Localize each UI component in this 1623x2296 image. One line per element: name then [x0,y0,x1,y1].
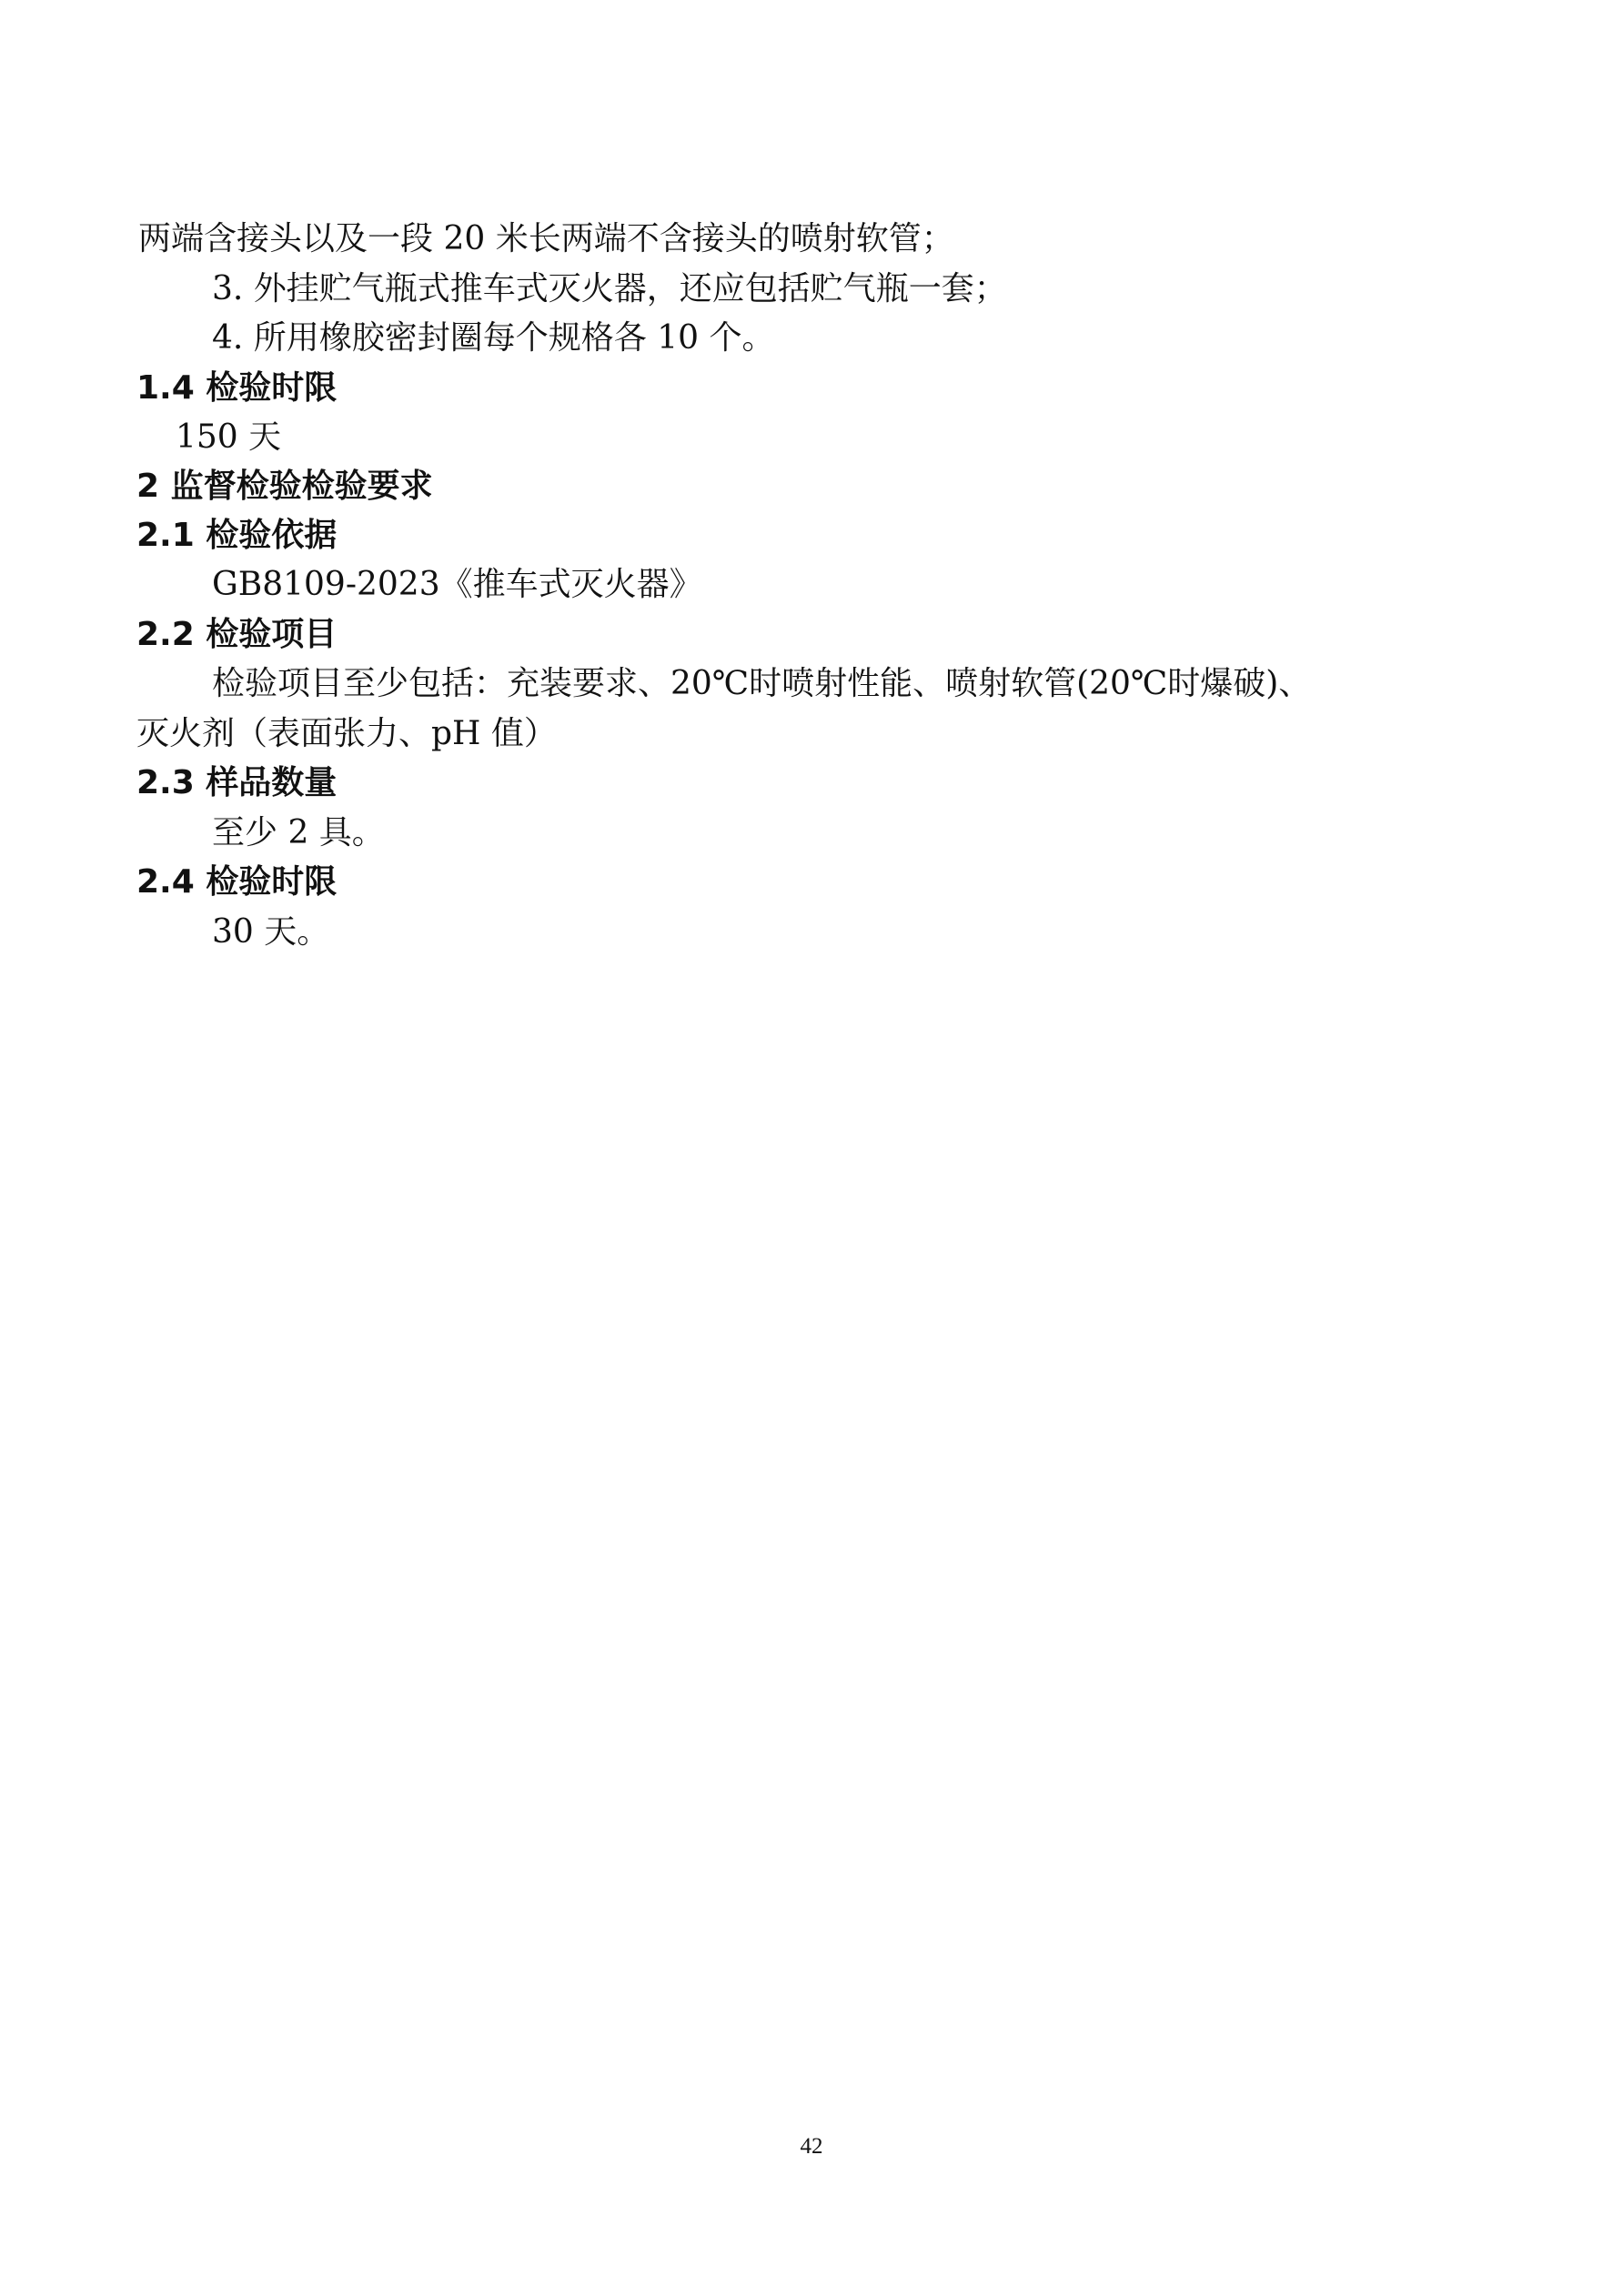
body-line-item-4: 4. 所用橡胶密封圈每个规格各 10 个。 [212,314,775,363]
section-heading-2-3: 2.3 样品数量 [136,759,337,808]
section-heading-2-4: 2.4 检验时限 [136,858,337,907]
section-content-2-3: 至少 2 具。 [212,809,385,858]
section-heading-2-1: 2.1 检验依据 [136,511,337,560]
section-content-2-2-line2: 灭火剂（表面张力、pH 值） [136,710,557,759]
body-line-item-3: 3. 外挂贮气瓶式推车式灭火器，还应包括贮气瓶一套； [212,265,1007,314]
section-content-1-4: 150 天 [176,413,281,462]
body-line-hose-continuation: 两端含接头以及一段 20 米长两端不含接头的喷射软管； [138,215,954,264]
section-content-2-2-line1: 检验项目至少包括：充装要求、20℃时喷射性能、喷射软管(20℃时爆破)、 [212,660,1311,709]
section-content-2-1: GB8109-2023《推车式灭火器》 [212,560,702,609]
section-heading-2-2: 2.2 检验项目 [136,610,337,660]
section-heading-1-4: 1.4 检验时限 [136,364,337,413]
section-content-2-4: 30 天。 [212,908,329,957]
section-heading-2: 2 监督检验检验要求 [136,462,433,511]
page-number: 42 [0,2134,1623,2160]
